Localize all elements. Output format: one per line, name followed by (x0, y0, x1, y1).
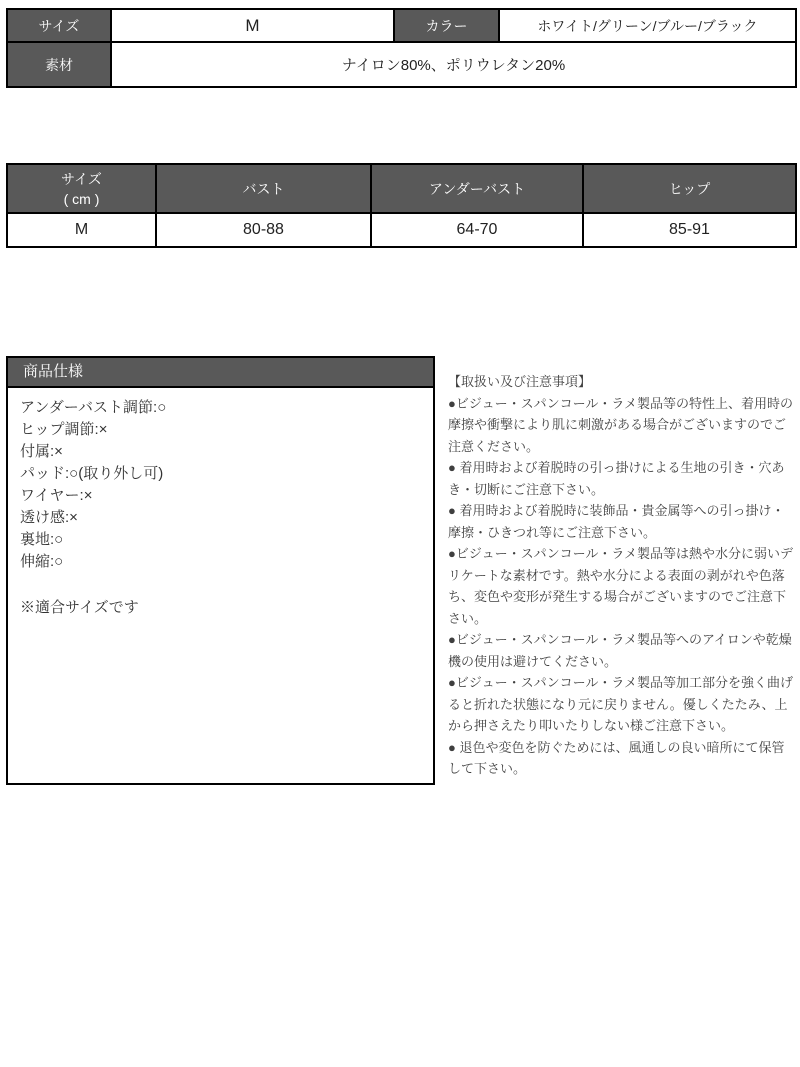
spec-item-hip-adjust: ヒップ調節:× (20, 419, 421, 441)
spec-spacer (20, 573, 421, 597)
spec-item-pad: パッド:○(取り外し可) (20, 463, 421, 485)
measure-size-header-cell: サイズ ( cm ) (7, 164, 156, 213)
handling-note-item: ● 退色や変色を防ぐためには、風通しの良い暗所にて保管して下さい。 (448, 737, 796, 780)
product-spec-sheet: サイズ M カラー ホワイト/グリーン/ブルー/ブラック 素材 ナイロン80%、… (0, 0, 800, 1067)
underbust-header-cell: アンダーバスト (371, 164, 583, 213)
product-specs-body: アンダーバスト調節:○ ヒップ調節:× 付属:× パッド:○(取り外し可) ワイ… (8, 388, 433, 628)
product-specs-title: 商品仕様 (8, 358, 433, 388)
handling-notes: 【取扱い及び注意事項】 ●ビジュー・スパンコール・ラメ製品等の特性上、着用時の摩… (448, 371, 796, 780)
bust-header-cell: バスト (156, 164, 371, 213)
handling-note-item: ● 着用時および着脱時の引っ掛けによる生地の引き・穴あき・切断にご注意下さい。 (448, 457, 796, 500)
color-label-cell: カラー (394, 9, 499, 42)
measurement-table: サイズ ( cm ) バスト アンダーバスト ヒップ M 80-88 64-70… (6, 163, 797, 248)
measure-size-header-line1: サイズ (8, 169, 155, 189)
table-row: M 80-88 64-70 85-91 (7, 213, 796, 247)
material-value-cell: ナイロン80%、ポリウレタン20% (111, 42, 796, 87)
spec-item-accessory: 付属:× (20, 441, 421, 463)
row-hip-cell: 85-91 (583, 213, 796, 247)
row-size-cell: M (7, 213, 156, 247)
size-value-cell: M (111, 9, 394, 42)
color-value-cell: ホワイト/グリーン/ブルー/ブラック (499, 9, 796, 42)
handling-note-item: ●ビジュー・スパンコール・ラメ製品等へのアイロンや乾燥機の使用は避けてください。 (448, 629, 796, 672)
size-label-cell: サイズ (7, 9, 111, 42)
spec-item-wire: ワイヤー:× (20, 485, 421, 507)
handling-notes-title: 【取扱い及び注意事項】 (448, 371, 796, 393)
row-underbust-cell: 64-70 (371, 213, 583, 247)
handling-note-item: ●ビジュー・スパンコール・ラメ製品等加工部分を強く曲げると折れた状態になり元に戻… (448, 672, 796, 737)
row-bust-cell: 80-88 (156, 213, 371, 247)
hip-header-cell: ヒップ (583, 164, 796, 213)
measure-size-header-line2: ( cm ) (8, 189, 155, 209)
handling-note-item: ●ビジュー・スパンコール・ラメ製品等の特性上、着用時の摩擦や衝撃により肌に刺激が… (448, 393, 796, 458)
spec-fit-size-note: ※適合サイズです (20, 597, 421, 619)
spec-item-stretch: 伸縮:○ (20, 551, 421, 573)
material-label-cell: 素材 (7, 42, 111, 87)
spec-item-sheerness: 透け感:× (20, 507, 421, 529)
spec-item-lining: 裏地:○ (20, 529, 421, 551)
product-specs-box: 商品仕様 アンダーバスト調節:○ ヒップ調節:× 付属:× パッド:○(取り外し… (6, 356, 435, 785)
attribute-table: サイズ M カラー ホワイト/グリーン/ブルー/ブラック 素材 ナイロン80%、… (6, 8, 797, 88)
handling-note-item: ● 着用時および着脱時に装飾品・貴金属等への引っ掛け・摩擦・ひきつれ等にご注意下… (448, 500, 796, 543)
handling-note-item: ●ビジュー・スパンコール・ラメ製品等は熱や水分に弱いデリケートな素材です。熱や水… (448, 543, 796, 629)
spec-item-underbust-adjust: アンダーバスト調節:○ (20, 397, 421, 419)
